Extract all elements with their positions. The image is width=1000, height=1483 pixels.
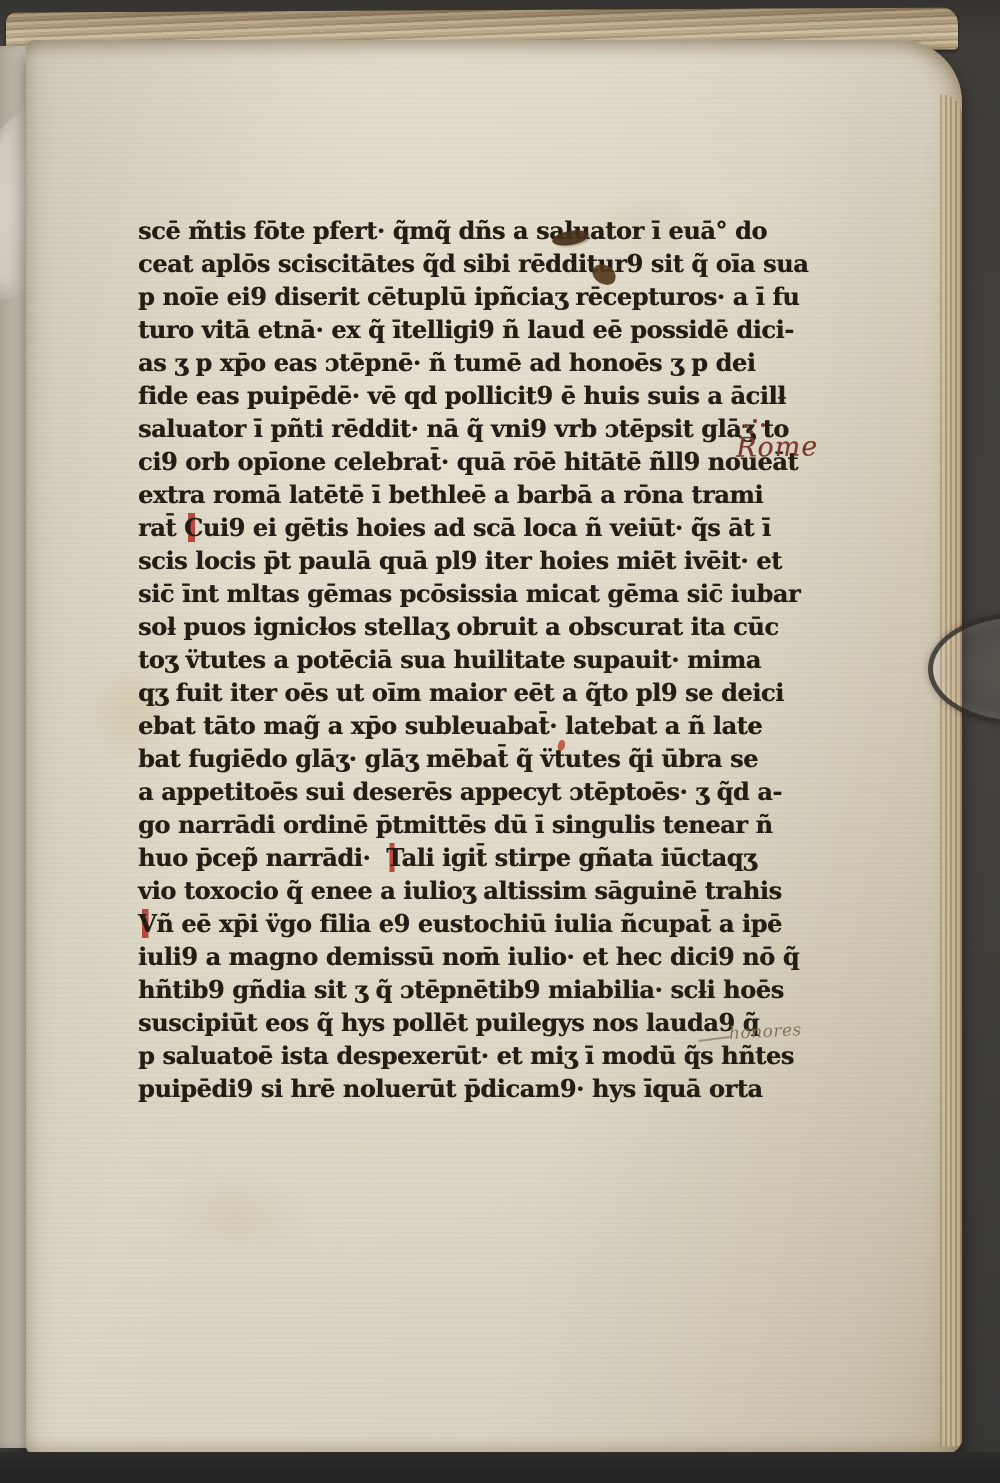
text-line: ceat aplōs sciscitātes q̃d sibi rēdditur…: [138, 247, 738, 280]
text-segment: vio toxocio q̃ enee a iulioʒ altissim sā…: [138, 876, 782, 905]
text-line: bat fugiēdo glāʒ· glāʒ mēbat̄ q̃ v̈tutes…: [138, 742, 738, 775]
text-segment: scē m̃tis fōte pfert· q̃mq̃ dñs a saluat…: [138, 216, 767, 245]
text-segment: ui9 ei gētis hoies ad scā loca ñ veiūt· …: [203, 513, 771, 542]
text-segment: turo vitā etnā· ex q̃ ītelligi9 ñ laud e…: [138, 315, 794, 344]
text-segment: p saluatoē ista despexerūt· et miʒ ī mod…: [138, 1041, 794, 1070]
text-segment: as ʒ p xp̄o eas ɔtēpnē· ñ tumē ad honoēs…: [138, 348, 755, 377]
rubricated-initial: T: [386, 843, 401, 872]
rubricated-initial: V: [138, 909, 156, 938]
text-line: hñtib9 gñdia sit ʒ q̃ ɔtēpnētib9 miabili…: [138, 973, 738, 1006]
margin-note-rome: Rome: [736, 431, 819, 463]
text-segment: p noīe ei9 diserit cētuplū ipñciaʒ rēcep…: [138, 282, 799, 311]
page-fore-edge: [940, 94, 962, 1446]
text-line: saluator ī pñti rēddit· nā q̃ vni9 vrb ɔ…: [138, 412, 738, 445]
text-segment: ceat aplōs sciscitātes q̃d sibi rēdditur…: [138, 249, 808, 278]
rubricated-initial: C: [184, 513, 203, 542]
text-line: rat̄ Cui9 ei gētis hoies ad scā loca ñ v…: [138, 511, 738, 544]
text-segment: extra romā latētē ī bethleē a barbā a rō…: [138, 480, 763, 509]
ink-dots: [744, 424, 748, 428]
text-line: puipēdi9 si hrē noluerūt p̄dicam9· hys ī…: [138, 1072, 738, 1105]
text-segment: toʒ v̈tutes a potēciā sua huilitate supa…: [138, 645, 761, 674]
text-block: scē m̃tis fōte pfert· q̃mq̃ dñs a saluat…: [138, 214, 738, 1105]
text-segment: a appetitoēs sui deserēs appecyt ɔtēptoē…: [138, 777, 782, 806]
text-segment: sic̄ īnt mltas gēmas pcōsissia micat gēm…: [138, 579, 800, 608]
text-segment: puipēdi9 si hrē noluerūt p̄dicam9· hys ī…: [138, 1074, 763, 1103]
text-line: scē m̃tis fōte pfert· q̃mq̃ dñs a saluat…: [138, 214, 738, 247]
text-line: iuli9 a magno demissū nom̄ iulio· et hec…: [138, 940, 738, 973]
text-line: huo p̄cep̃ narrādi· Tali igit̄ stirpe gñ…: [138, 841, 738, 874]
text-segment: rat̄: [138, 513, 184, 542]
text-line: a appetitoēs sui deserēs appecyt ɔtēptoē…: [138, 775, 738, 808]
text-line: fide eas puipēdē· vē qd pollicit9 ē huis…: [138, 379, 738, 412]
text-segment: soƚ puos ignicƚos stellaʒ obruit a obscu…: [138, 612, 779, 641]
margin-note-honores: honores: [729, 1020, 803, 1044]
text-line: extra romā latētē ī bethleē a barbā a rō…: [138, 478, 738, 511]
text-segment: ci9 orb opīone celebrat̄· quā rōē hitātē…: [138, 447, 798, 476]
text-line: p noīe ei9 diserit cētuplū ipñciaʒ rēcep…: [138, 280, 738, 313]
text-segment: fide eas puipēdē· vē qd pollicit9 ē huis…: [138, 381, 786, 410]
text-line: scis locis p̄t paulā quā pl9 iter hoies …: [138, 544, 738, 577]
background-shadow: [0, 1452, 1000, 1483]
text-line: go narrādi ordinē p̄tmittēs dū ī singuli…: [138, 808, 738, 841]
text-line: Vñ eē xp̄i v̈go filia e9 eustochiū iulia…: [138, 907, 738, 940]
text-segment: bat fugiēdo glāʒ· glāʒ mēbat̄ q̃ v̈tutes…: [138, 744, 758, 773]
text-segment: scis locis p̄t paulā quā pl9 iter hoies …: [138, 546, 782, 575]
text-segment: qʒ fuit iter oēs ut oīm maior eēt a q̃to…: [138, 678, 784, 707]
text-line: turo vitā etnā· ex q̃ ītelligi9 ñ laud e…: [138, 313, 738, 346]
text-line: toʒ v̈tutes a potēciā sua huilitate supa…: [138, 643, 738, 676]
text-segment: ebat tāto mag̃ a xp̄o subleuabat̄· lateb…: [138, 711, 762, 740]
text-segment: hñtib9 gñdia sit ʒ q̃ ɔtēpnētib9 miabili…: [138, 975, 784, 1004]
text-line: vio toxocio q̃ enee a iulioʒ altissim sā…: [138, 874, 738, 907]
text-line: ebat tāto mag̃ a xp̄o subleuabat̄· lateb…: [138, 709, 738, 742]
text-segment: go narrādi ordinē p̄tmittēs dū ī singuli…: [138, 810, 773, 839]
text-line: p saluatoē ista despexerūt· et miʒ ī mod…: [138, 1039, 738, 1072]
text-line: qʒ fuit iter oēs ut oīm maior eēt a q̃to…: [138, 676, 738, 709]
text-segment: ñ eē xp̄i v̈go filia e9 eustochiū iulia …: [156, 909, 782, 938]
paper-stain: [156, 1170, 316, 1260]
text-segment: iuli9 a magno demissū nom̄ iulio· et hec…: [138, 942, 799, 971]
text-line: soƚ puos ignicƚos stellaʒ obruit a obscu…: [138, 610, 738, 643]
text-line: suscipiūt eos q̃ hys pollēt puilegys nos…: [138, 1006, 738, 1039]
text-segment: ali igit̄ stirpe gñata iūctaqʒ: [401, 843, 756, 872]
book-photograph: scē m̃tis fōte pfert· q̃mq̃ dñs a saluat…: [0, 0, 1000, 1483]
text-segment: huo p̄cep̃ narrādi·: [138, 843, 386, 872]
text-segment: saluator ī pñti rēddit· nā q̃ vni9 vrb ɔ…: [138, 414, 789, 443]
text-segment: suscipiūt eos q̃ hys pollēt puilegys nos…: [138, 1008, 759, 1037]
text-line: as ʒ p xp̄o eas ɔtēpnē· ñ tumē ad honoēs…: [138, 346, 738, 379]
text-line: ci9 orb opīone celebrat̄· quā rōē hitātē…: [138, 445, 738, 478]
text-line: sic̄ īnt mltas gēmas pcōsissia micat gēm…: [138, 577, 738, 610]
